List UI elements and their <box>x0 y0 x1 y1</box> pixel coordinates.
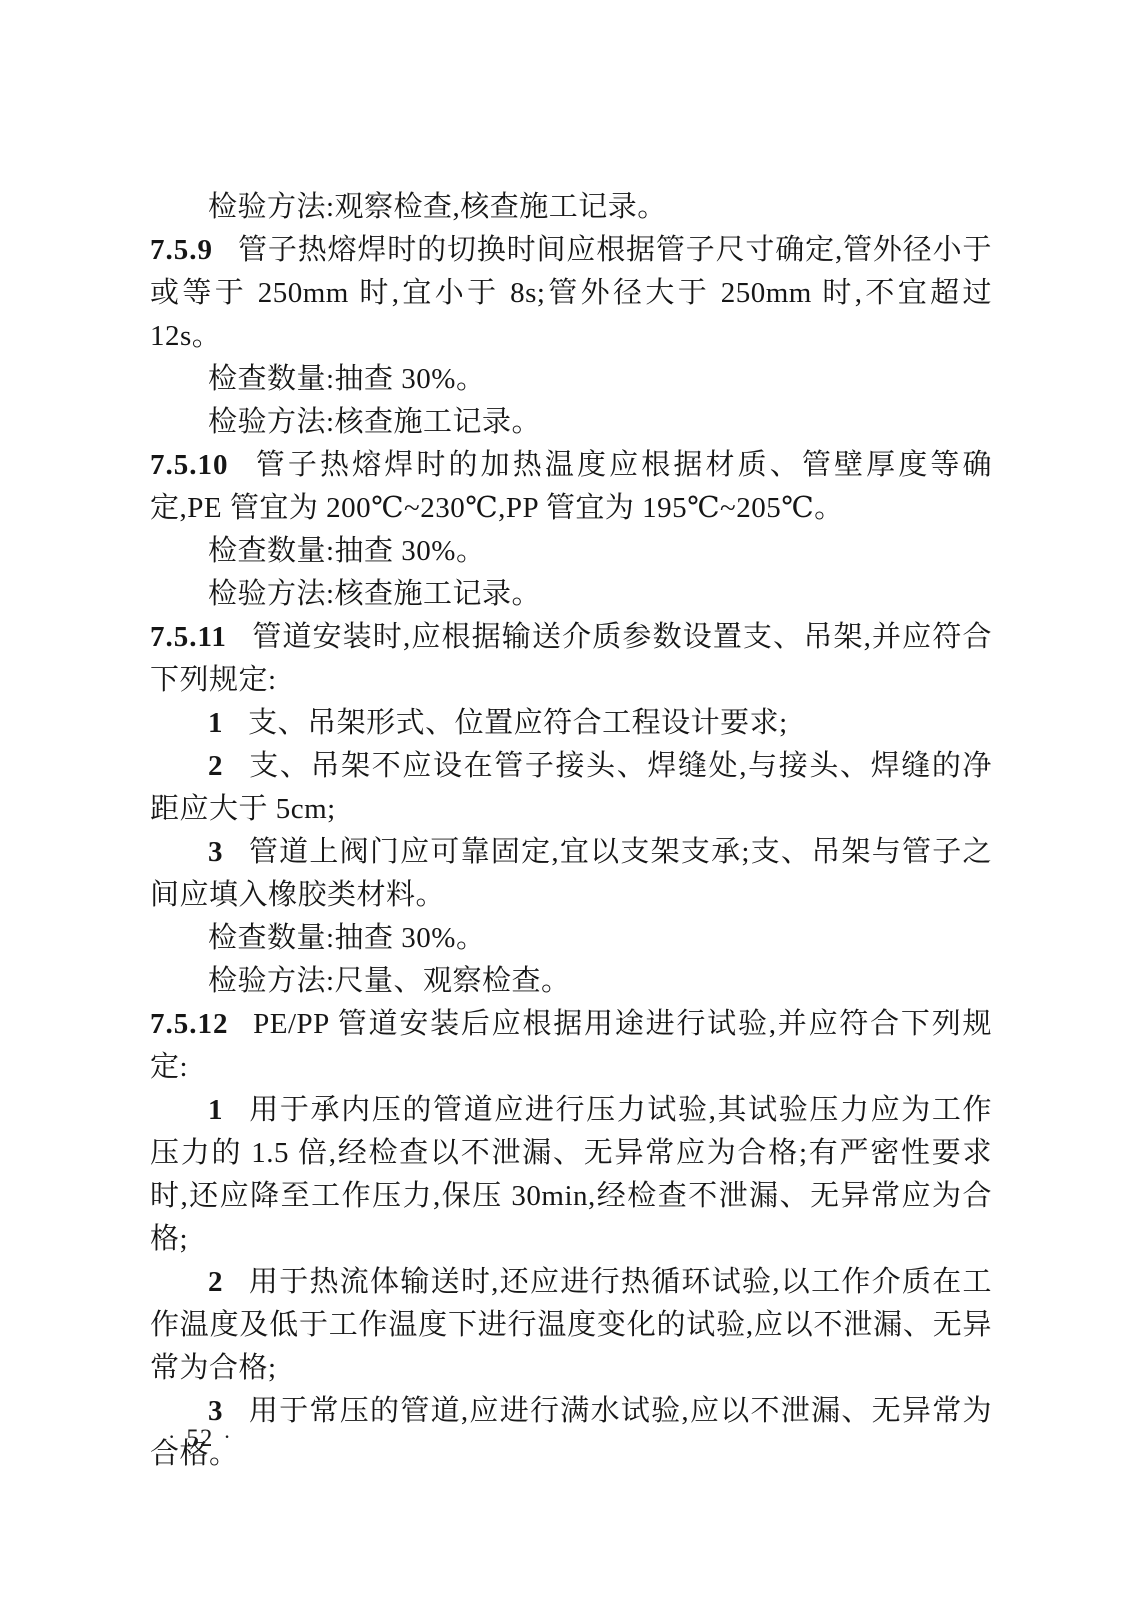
clause-number: 7.5.9 <box>150 234 213 266</box>
clause-number: 7.5.10 <box>150 449 229 481</box>
item-number: 2 <box>208 1266 224 1298</box>
clause-number: 7.5.12 <box>150 1008 229 1040</box>
item-number: 3 <box>208 836 224 868</box>
inspection-method-line: 检验方法:尺量、观察检查。 <box>150 960 992 1003</box>
footer-left-dot: · <box>168 1422 176 1452</box>
check-quantity-line: 检查数量:抽查 30%。 <box>150 358 992 401</box>
footer-right-dot: · <box>223 1422 231 1452</box>
statement-text: 检验方法:核查施工记录。 <box>208 406 541 438</box>
inspection-method-line: 检验方法:观察检查,核查施工记录。 <box>150 186 992 229</box>
statement-text: 检验方法:核查施工记录。 <box>208 578 541 610</box>
inspection-method-line: 检验方法:核查施工记录。 <box>150 401 992 444</box>
clause-7-5-10: 7.5.10管子热熔焊时的加热温度应根据材质、管壁厚度等确定,PE 管宜为 20… <box>150 444 992 530</box>
clause-text: PE/PP 管道安装后应根据用途进行试验,并应符合下列规定: <box>150 1008 992 1083</box>
clause-7-5-11: 7.5.11管道安装时,应根据输送介质参数设置支、吊架,并应符合下列规定: <box>150 616 992 702</box>
clause-number: 7.5.11 <box>150 621 227 653</box>
clause-text: 管道安装时,应根据输送介质参数设置支、吊架,并应符合下列规定: <box>150 621 992 696</box>
item-text: 支、吊架不应设在管子接头、焊缝处,与接头、焊缝的净距应大于 5cm; <box>150 750 992 825</box>
inspection-method-line: 检验方法:核查施工记录。 <box>150 573 992 616</box>
list-item-3: 3用于常压的管道,应进行满水试验,应以不泄漏、无异常为合格。 <box>150 1390 992 1476</box>
clause-7-5-12: 7.5.12PE/PP 管道安装后应根据用途进行试验,并应符合下列规定: <box>150 1003 992 1089</box>
statement-text: 检查数量:抽查 30%。 <box>208 535 485 567</box>
clause-text: 管子热熔焊时的加热温度应根据材质、管壁厚度等确定,PE 管宜为 200℃~230… <box>150 449 992 524</box>
item-number: 1 <box>208 707 224 739</box>
list-item-2: 2支、吊架不应设在管子接头、焊缝处,与接头、焊缝的净距应大于 5cm; <box>150 745 992 831</box>
item-text: 用于热流体输送时,还应进行热循环试验,以工作介质在工作温度及低于工作温度下进行温… <box>150 1266 992 1384</box>
list-item-2: 2用于热流体输送时,还应进行热循环试验,以工作介质在工作温度及低于工作温度下进行… <box>150 1261 992 1390</box>
item-number: 1 <box>208 1094 224 1126</box>
clause-text: 管子热熔焊时的切换时间应根据管子尺寸确定,管外径小于或等于 250mm 时,宜小… <box>150 234 992 352</box>
page-footer: · 52 · <box>168 1424 232 1454</box>
check-quantity-line: 检查数量:抽查 30%。 <box>150 530 992 573</box>
list-item-3: 3管道上阀门应可靠固定,宜以支架支承;支、吊架与管子之间应填入橡胶类材料。 <box>150 831 992 917</box>
item-number: 3 <box>208 1395 224 1427</box>
item-text: 用于常压的管道,应进行满水试验,应以不泄漏、无异常为合格。 <box>150 1395 992 1470</box>
statement-text: 检验方法:尺量、观察检查。 <box>208 965 571 997</box>
clause-7-5-9: 7.5.9管子热熔焊时的切换时间应根据管子尺寸确定,管外径小于或等于 250mm… <box>150 229 992 358</box>
item-text: 用于承内压的管道应进行压力试验,其试验压力应为工作压力的 1.5 倍,经检查以不… <box>150 1094 992 1255</box>
statement-text: 检查数量:抽查 30%。 <box>208 363 485 395</box>
item-text: 管道上阀门应可靠固定,宜以支架支承;支、吊架与管子之间应填入橡胶类材料。 <box>150 836 992 911</box>
item-text: 支、吊架形式、位置应符合工程设计要求; <box>248 707 788 739</box>
item-number: 2 <box>208 750 224 782</box>
statement-text: 检验方法:观察检查,核查施工记录。 <box>208 191 667 223</box>
statement-text: 检查数量:抽查 30%。 <box>208 922 485 954</box>
check-quantity-line: 检查数量:抽查 30%。 <box>150 917 992 960</box>
list-item-1: 1支、吊架形式、位置应符合工程设计要求; <box>150 702 992 745</box>
list-item-1: 1用于承内压的管道应进行压力试验,其试验压力应为工作压力的 1.5 倍,经检查以… <box>150 1089 992 1261</box>
document-body: 检验方法:观察检查,核查施工记录。 7.5.9管子热熔焊时的切换时间应根据管子尺… <box>150 186 992 1476</box>
page-number: 52 <box>186 1424 213 1454</box>
